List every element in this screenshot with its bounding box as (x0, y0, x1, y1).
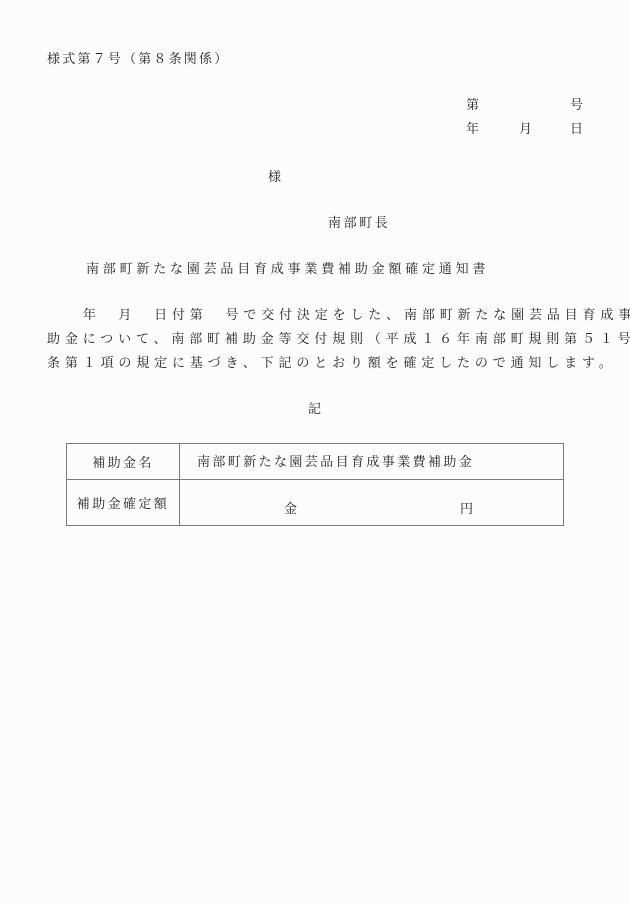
subsidy-name-cell: 南部町新たな園芸品目育成事業費補助金 (180, 444, 564, 480)
confirmed-amount-cell: 金 円 (180, 480, 564, 526)
table-row: 補助金確定額 金 円 (67, 480, 564, 526)
details-table: 補助金名 南部町新たな園芸品目育成事業費補助金 補助金確定額 金 円 (66, 443, 564, 526)
ki-heading: 記 (308, 402, 321, 418)
date-year-label: 年 (466, 122, 479, 138)
document-title: 南部町新たな園芸品目育成事業費補助金額確定通知書 (86, 262, 489, 278)
table-row: 補助金名 南部町新たな園芸品目育成事業費補助金 (67, 444, 564, 480)
subsidy-name-value: 南部町新たな園芸品目育成事業費補助金 (197, 451, 474, 470)
body-text-line: 年 月 日付第 号で交付決定をした、南部町新たな園芸品目育成事業費補 (47, 308, 630, 324)
issuer-name: 南部町長 (328, 216, 390, 232)
amount-prefix: 金 (284, 498, 297, 517)
form-number: 様式第７号（第８条関係） (47, 52, 229, 68)
document-number-prefix: 第 (466, 98, 479, 114)
amount-suffix-yen: 円 (460, 498, 473, 517)
addressee-honorific: 様 (268, 170, 281, 186)
document-number-suffix: 号 (570, 98, 583, 114)
date-day-label: 日 (570, 122, 583, 138)
confirmed-amount-label: 補助金確定額 (67, 480, 180, 526)
date-month-label: 月 (519, 122, 532, 138)
body-text-line: 条第１項の規定に基づき、下記のとおり額を確定したので通知します。 (47, 356, 617, 372)
subsidy-name-label: 補助金名 (67, 444, 180, 480)
body-text-line: 助金について、南部町補助金等交付規則（平成１６年南部町規則第５１号）第１９ (47, 332, 630, 348)
